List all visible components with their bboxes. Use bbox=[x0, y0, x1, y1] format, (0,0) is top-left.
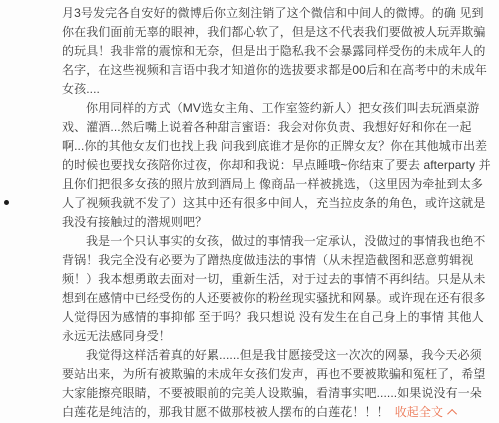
post-body: 月3号发完各自安好的微博后你立刻注销了这个微信和中间人的微博。的确 见到你在我们… bbox=[62, 4, 492, 422]
collapse-caret-icon bbox=[447, 409, 457, 419]
post-paragraph-2: 你用同样的方式（MV选女主角、工作室签约新人）把女孩们叫去玩酒桌游戏、灌酒...… bbox=[62, 99, 492, 232]
weibo-post-text-region: 月3号发完各自安好的微博后你立刻注销了这个微信和中间人的微博。的确 见到你在我们… bbox=[0, 0, 499, 423]
post-paragraph-3: 我是一个只认事实的女孩，做过的事情我一定承认，没做过的事情我也绝不背锅！我完全没… bbox=[62, 232, 492, 346]
post-paragraph-4: 我觉得这样活着真的好累......但是我甘愿接受这一次次的网暴，我今天必须要站出… bbox=[62, 346, 492, 422]
collapse-full-text-link[interactable]: 收起全文 bbox=[395, 405, 457, 419]
collapse-link-label: 收起全文 bbox=[395, 405, 443, 419]
list-bullet-dot bbox=[4, 200, 9, 205]
post-paragraph-1: 月3号发完各自安好的微博后你立刻注销了这个微信和中间人的微博。的确 见到你在我们… bbox=[62, 4, 492, 99]
